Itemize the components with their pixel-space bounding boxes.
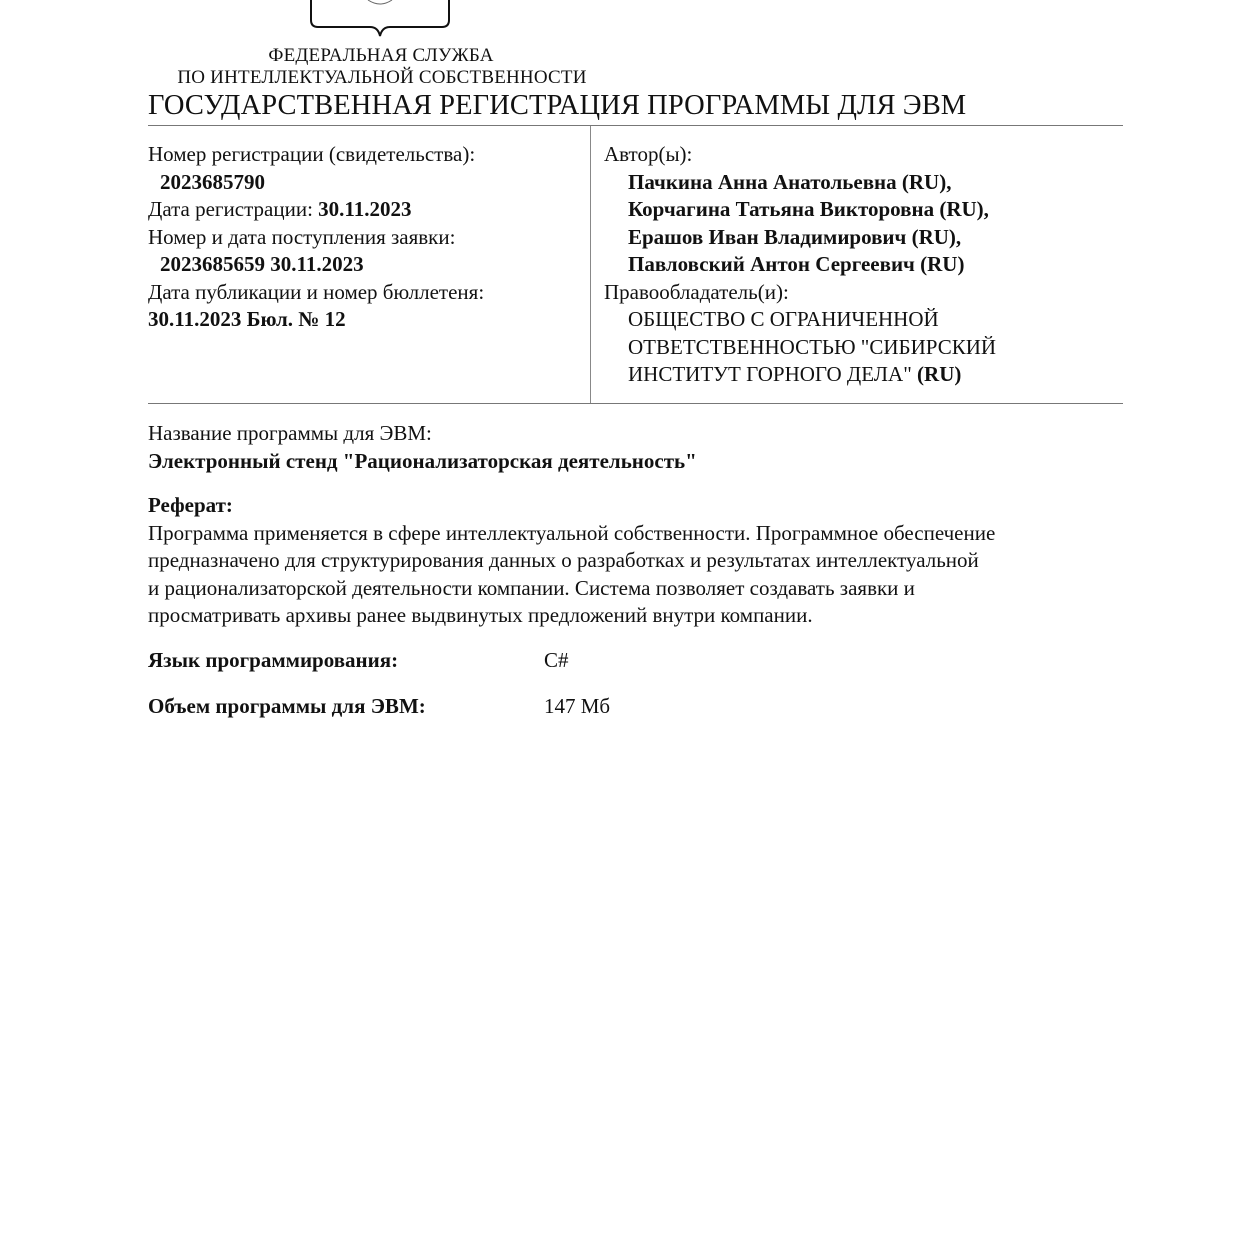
column-divider (590, 126, 591, 403)
abstract-label: Реферат: (148, 492, 1128, 520)
publication-label: Дата публикации и номер бюллетеня: (148, 279, 588, 307)
application-label: Номер и дата поступления заявки: (148, 224, 588, 252)
agency-name-line2: ПО ИНТЕЛЛЕКТУАЛЬНОЙ СОБСТВЕННОСТИ (162, 67, 602, 89)
rightholder-line: ИНСТИТУТ ГОРНОГО ДЕЛА" (628, 362, 912, 386)
rightholder-country: (RU) (912, 362, 962, 386)
coat-of-arms-icon (308, 0, 452, 40)
program-name-section: Название программы для ЭВМ: Электронный … (148, 420, 1128, 475)
registration-date-value: 30.11.2023 (318, 197, 411, 221)
abstract-line: Программа применяется в сфере интеллекту… (148, 520, 1128, 548)
authors-label: Автор(ы): (604, 141, 1114, 169)
abstract-line: предназначено для структурирования данны… (148, 547, 1128, 575)
application-value: 2023685659 30.11.2023 (148, 251, 588, 279)
author-item: Ерашов Иван Владимирович (RU), (604, 224, 1114, 252)
rightholder-line-last: ИНСТИТУТ ГОРНОГО ДЕЛА" (RU) (604, 361, 1114, 389)
bottom-divider (148, 403, 1123, 404)
agency-name-line1: ФЕДЕРАЛЬНАЯ СЛУЖБА (148, 45, 614, 67)
authors-rightholders: Автор(ы): Пачкина Анна Анатольевна (RU),… (604, 141, 1114, 389)
registration-info: Номер регистрации (свидетельства): 20236… (148, 141, 588, 334)
registration-number-value: 2023685790 (148, 169, 588, 197)
rightholder-line: ОБЩЕСТВО С ОГРАНИЧЕННОЙ (604, 306, 1114, 334)
author-item: Павловский Антон Сергеевич (RU) (604, 251, 1114, 279)
program-size-label: Объем программы для ЭВМ: (148, 693, 544, 721)
rightholder-line: ОТВЕТСТВЕННОСТЬЮ "СИБИРСКИЙ (604, 334, 1114, 362)
program-name-label: Название программы для ЭВМ: (148, 420, 1128, 448)
author-item: Пачкина Анна Анатольевна (RU), (604, 169, 1114, 197)
programming-language-value: C# (544, 648, 569, 672)
program-size-row: Объем программы для ЭВМ:147 Мб (148, 693, 610, 721)
abstract-line: просматривать архивы ранее выдвинутых пр… (148, 602, 1128, 630)
registration-number-label: Номер регистрации (свидетельства): (148, 141, 588, 169)
registration-date-label: Дата регистрации: (148, 197, 313, 221)
programming-language-label: Язык программирования: (148, 647, 544, 675)
author-item: Корчагина Татьяна Викторовна (RU), (604, 196, 1114, 224)
program-size-value: 147 Мб (544, 694, 610, 718)
abstract-section: Реферат: Программа применяется в сфере и… (148, 492, 1128, 630)
publication-value: 30.11.2023 Бюл. № 12 (148, 306, 588, 334)
program-name-value: Электронный стенд "Рационализаторская де… (148, 448, 1128, 476)
abstract-line: и рационализаторской деятельности компан… (148, 575, 1128, 603)
programming-language-row: Язык программирования:C# (148, 647, 569, 675)
document-title: ГОСУДАРСТВЕННАЯ РЕГИСТРАЦИЯ ПРОГРАММЫ ДЛ… (148, 89, 966, 123)
registration-date-row: Дата регистрации: 30.11.2023 (148, 196, 588, 224)
top-divider (148, 125, 1123, 126)
rightholders-label: Правообладатель(и): (604, 279, 1114, 307)
